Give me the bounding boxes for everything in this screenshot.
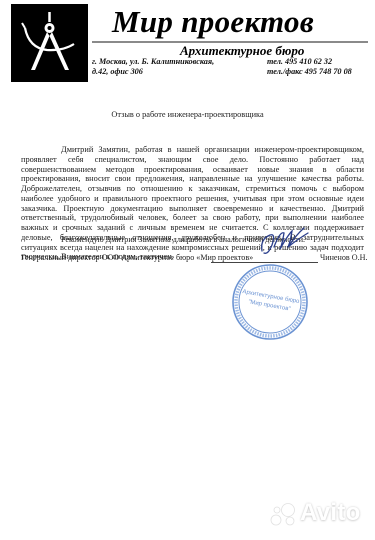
company-stamp-icon: Архитектурное бюро "Мир проектов" xyxy=(230,262,310,342)
drafting-compass-icon xyxy=(11,4,88,82)
phone-number: тел. 495 410 62 32 xyxy=(267,57,332,67)
document-heading: Отзыв о работе инженера-проектировщика xyxy=(0,110,375,120)
signatory-name: Чиненов О.Н. xyxy=(320,253,367,263)
fax-number: тел./факс 495 748 70 08 xyxy=(267,67,352,77)
address-line-1: г. Москва, ул. Б. Калитниковская, xyxy=(92,57,214,67)
avito-watermark: Avito xyxy=(268,502,366,530)
avito-label: Avito xyxy=(300,499,361,527)
company-logo xyxy=(11,4,88,82)
address-line-2: д.42, офис 306 xyxy=(92,67,143,77)
signature-icon xyxy=(258,225,313,257)
company-subtitle: Архитектурное бюро xyxy=(180,43,304,58)
company-name: Мир проектов xyxy=(112,4,314,40)
avito-dots-icon xyxy=(268,502,300,528)
